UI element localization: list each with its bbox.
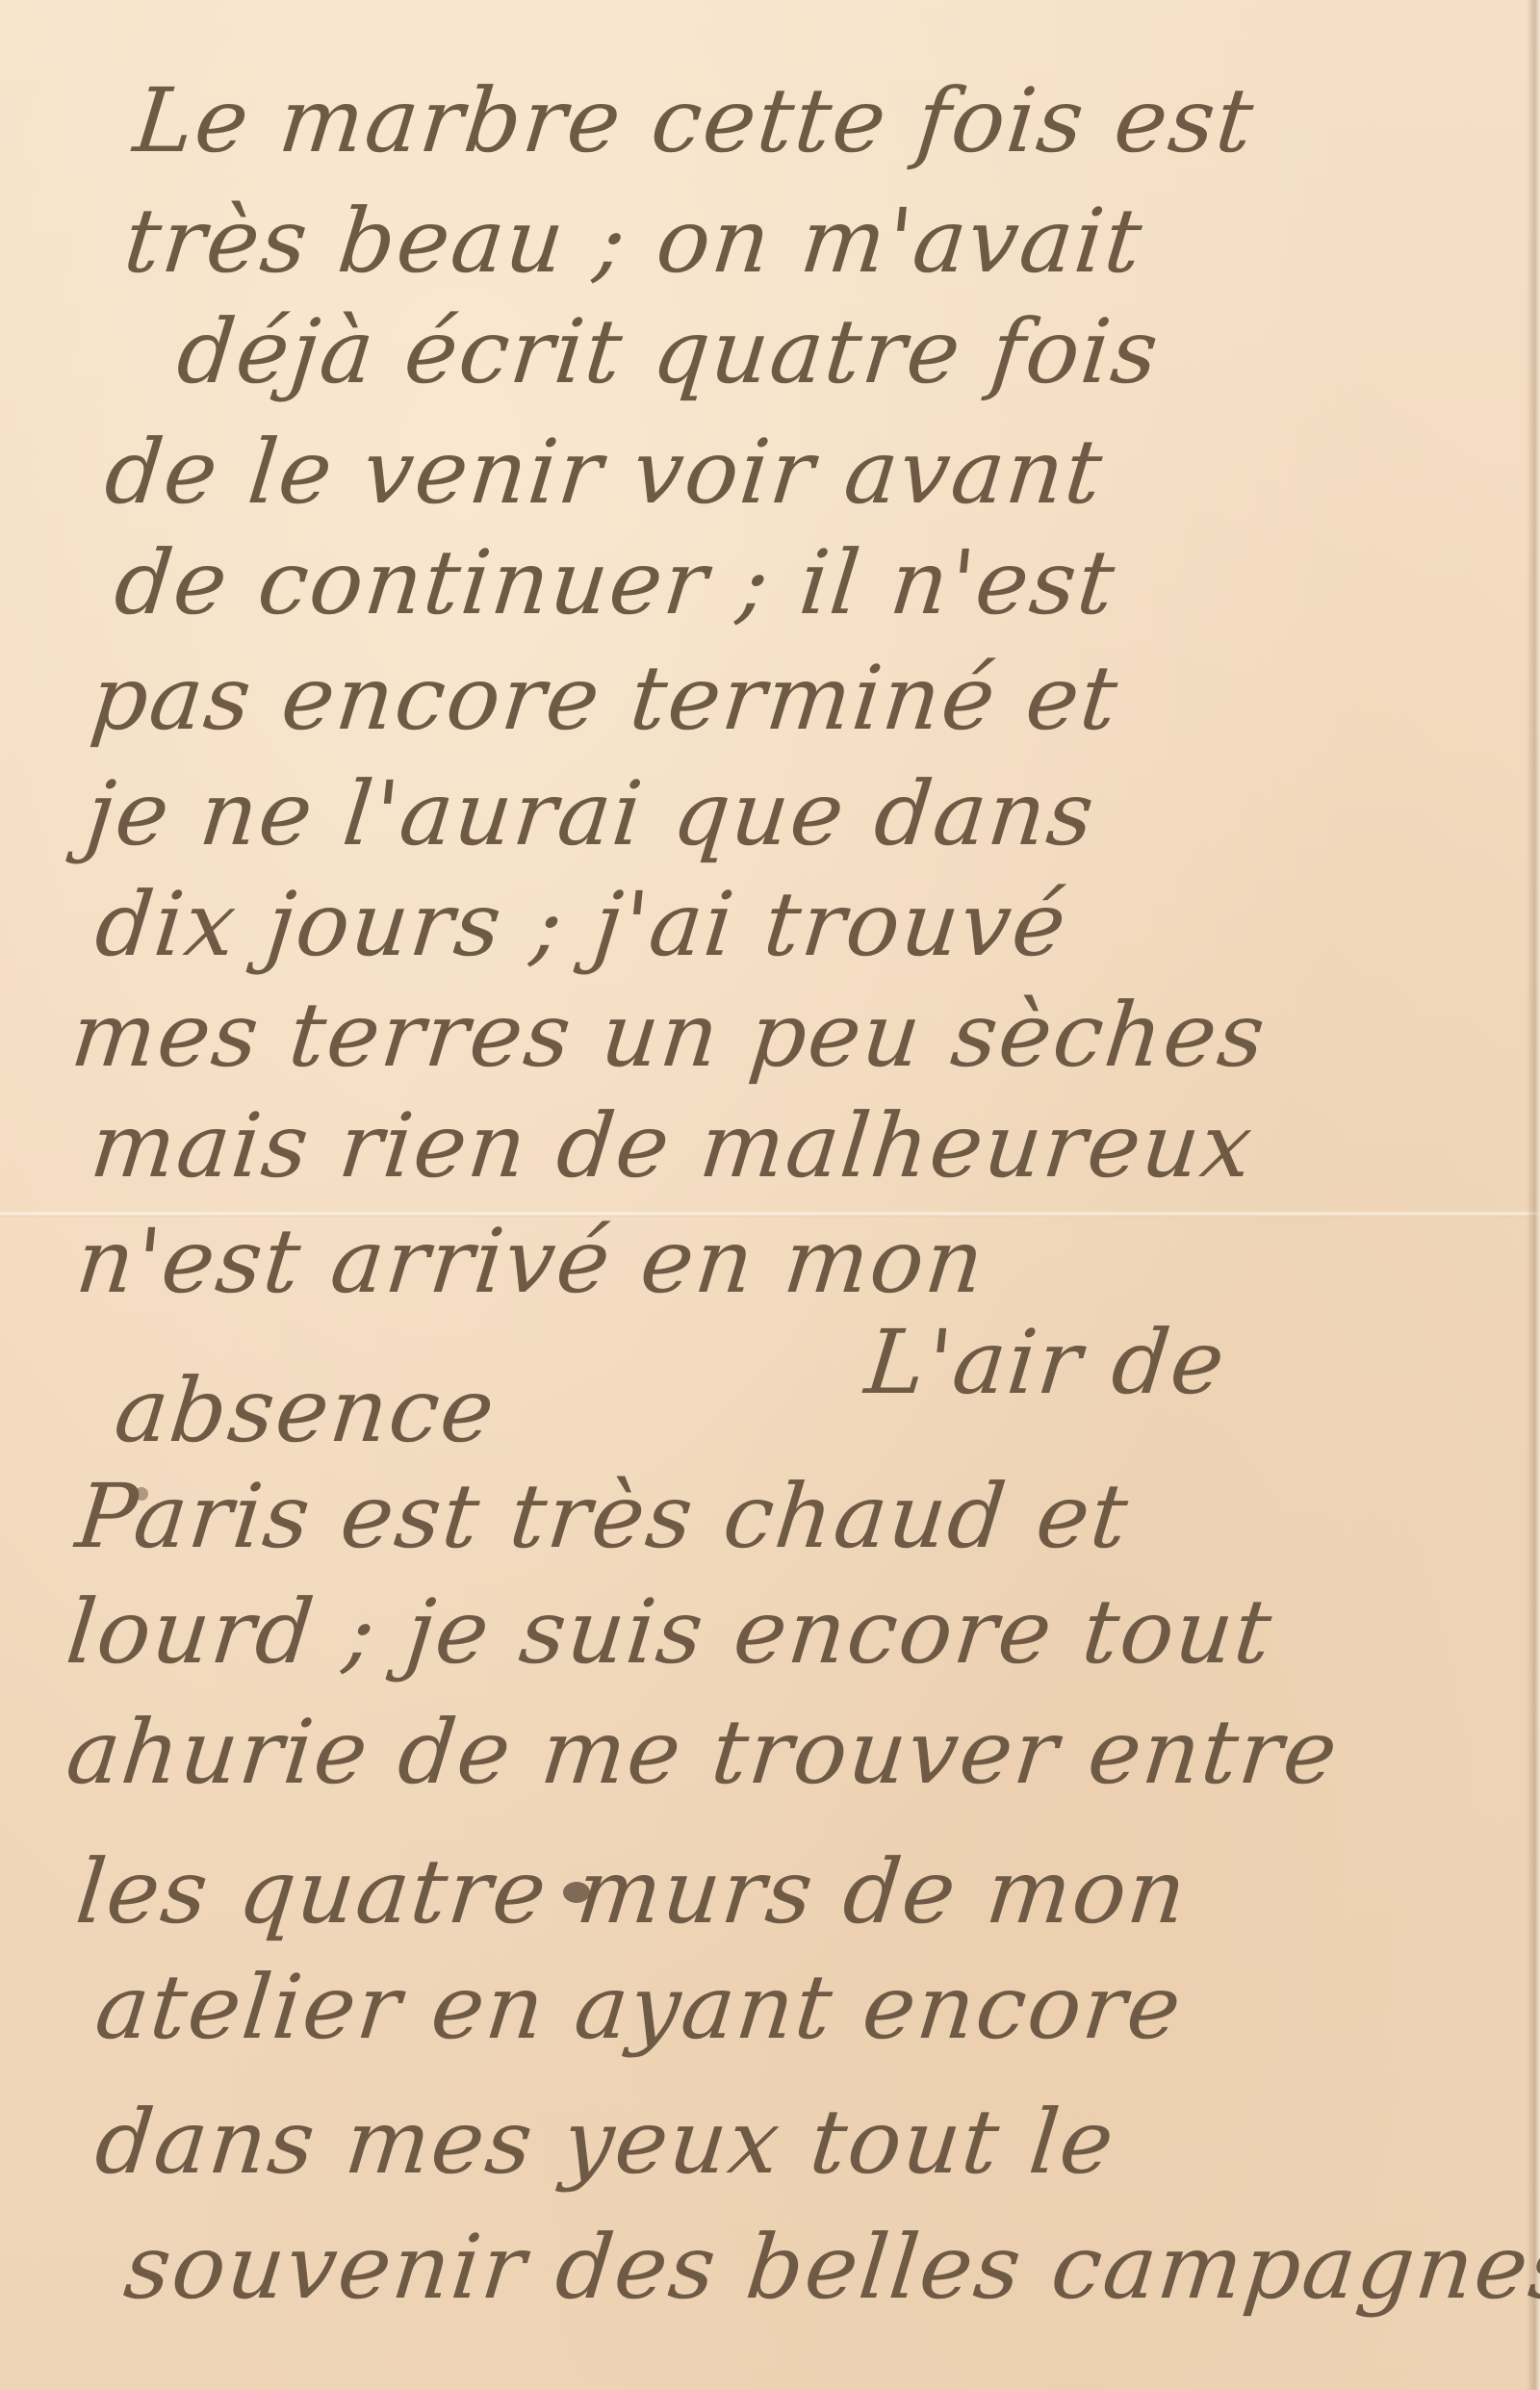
letter-line: L'air de xyxy=(861,1319,1230,1407)
letter-line: mes terres un peu sèches xyxy=(67,991,1270,1080)
letter-line: très beau ; on m'avait xyxy=(120,197,1147,286)
letter-line: absence xyxy=(111,1367,500,1455)
letter-line: Le marbre cette fois est xyxy=(130,77,1259,166)
letter-line: dans mes yeux tout le xyxy=(91,2098,1119,2187)
letter-line: de le venir voir avant xyxy=(101,428,1108,517)
letter-page: Le marbre cette fois est très beau ; on … xyxy=(0,0,1540,2390)
letter-line: atelier en ayant encore xyxy=(91,1964,1187,2052)
letter-line: ahurie de me trouver entre xyxy=(63,1709,1343,1797)
paper-right-edge xyxy=(1527,0,1540,2390)
letter-line: souvenir des belles campagnes. xyxy=(120,2223,1540,2312)
letter-line: mais rien de malheureux xyxy=(87,1102,1258,1191)
letter-line: je ne l'aurai que dans xyxy=(82,770,1099,859)
letter-line: n'est arrivé en mon xyxy=(72,1218,989,1306)
letter-line: dix jours ; j'ai trouvé xyxy=(91,881,1071,969)
letter-line: de continuer ; il n'est xyxy=(111,539,1119,628)
letter-line: les quatre murs de mon xyxy=(72,1848,1192,1937)
letter-line: déjà écrit quatre fois xyxy=(173,308,1164,397)
letter-line: lourd ; je suis encore tout xyxy=(63,1588,1277,1677)
letter-line: pas encore terminé et xyxy=(87,655,1123,743)
letter-line: Paris est très chaud et xyxy=(72,1473,1133,1561)
